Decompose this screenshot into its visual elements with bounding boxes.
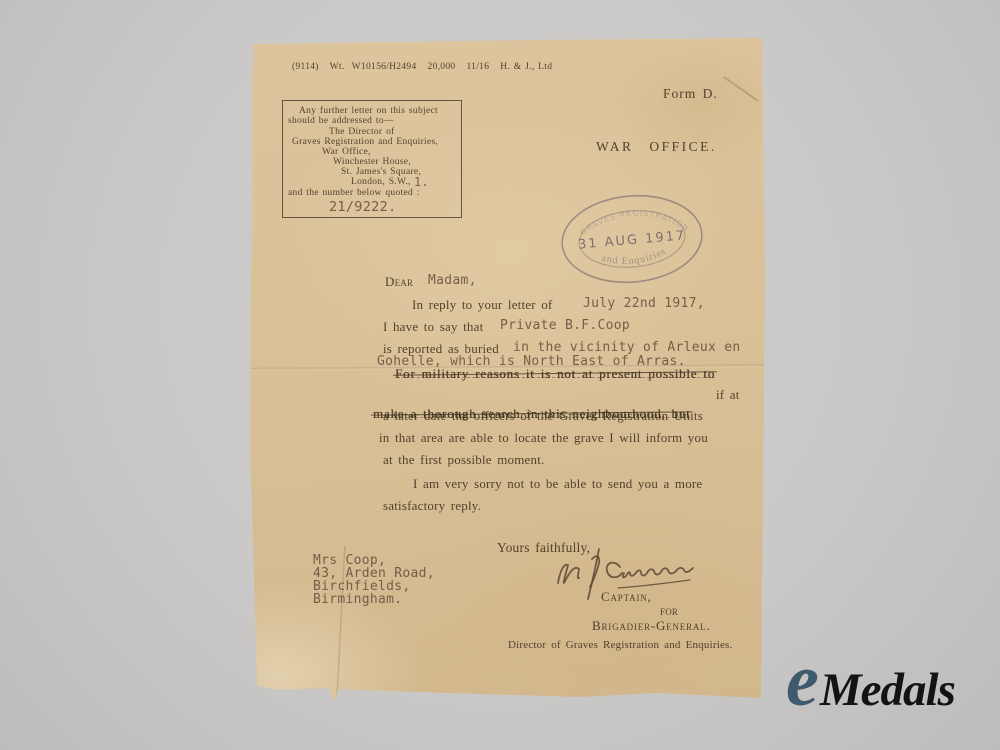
letter-document: (9114) Wt. W10156/H2494 20,000 11/16 H. … bbox=[238, 38, 765, 702]
body-line-printed: In reply to your letter of bbox=[412, 297, 552, 313]
salutation-typed: Madam, bbox=[428, 273, 477, 288]
body-line-printed: I am very sorry not to be able to send y… bbox=[413, 476, 702, 492]
for-text: for bbox=[660, 604, 678, 619]
address-box-line: London, S.W., bbox=[351, 177, 411, 187]
salutation-printed: Dear bbox=[385, 274, 413, 290]
address-box-line: Graves Registration and Enquiries, bbox=[292, 137, 438, 147]
signer-rank: Captain, bbox=[601, 589, 652, 605]
paper-edge-shading bbox=[238, 38, 244, 702]
address-box-line: St. James's Square, bbox=[341, 167, 421, 177]
typed-district-number: 1. bbox=[414, 175, 429, 189]
corner-crease bbox=[723, 76, 759, 102]
address-box-line: should be addressed to— bbox=[288, 116, 394, 126]
body-line-printed: satisfactory reply. bbox=[383, 498, 481, 514]
struck-appointment: D.A.A.G. bbox=[917, 624, 972, 638]
body-line-printed: a later date the officers of the Graves … bbox=[383, 408, 703, 424]
recipient-address-line: Birmingham. bbox=[313, 592, 402, 607]
emedals-logo-e: e bbox=[786, 655, 819, 708]
oval-date-stamp: GRAVES REGISTRATION 31 AUG 1917 and Enqu… bbox=[546, 178, 719, 300]
body-line-struck: For military reasons it is not at presen… bbox=[395, 366, 715, 381]
address-box-line: Any further letter on this subject bbox=[299, 106, 438, 116]
emedals-logo-text: Medals bbox=[820, 663, 955, 717]
address-box-line: and the number below quoted : bbox=[288, 188, 420, 198]
body-line-printed: at the first possible moment. bbox=[383, 452, 544, 468]
emedals-watermark: e Medals bbox=[786, 655, 955, 717]
director-title: Director of Graves Registration and Enqu… bbox=[508, 639, 732, 651]
address-box-line: War Office, bbox=[322, 147, 371, 157]
war-office-heading: WAR OFFICE. bbox=[596, 139, 717, 155]
return-address-box: Any further letter on this subject shoul… bbox=[282, 100, 462, 218]
printers-imprint: (9114) Wt. W10156/H2494 20,000 11/16 H. … bbox=[292, 62, 552, 72]
address-box-line: Winchester House, bbox=[333, 157, 411, 167]
body-line-printed: I have to say that bbox=[383, 319, 483, 335]
body-line-typed: in the vicinity of Arleux en bbox=[513, 340, 741, 355]
body-line-printed: if at bbox=[716, 387, 740, 403]
stamp-date: 31 AUG 1917 bbox=[577, 228, 686, 252]
on-behalf-of: Brigadier-General. bbox=[592, 618, 711, 634]
reference-number: 21/9222. bbox=[329, 199, 396, 215]
body-line-typed: Private B.F.Coop bbox=[500, 318, 630, 333]
body-line-printed: in that area are able to locate the grav… bbox=[379, 430, 708, 446]
body-line-typed: July 22nd 1917, bbox=[583, 296, 705, 311]
address-box-line: The Director of bbox=[329, 127, 395, 137]
photo-background: (9114) Wt. W10156/H2494 20,000 11/16 H. … bbox=[0, 0, 1000, 750]
form-label: Form D. bbox=[663, 86, 718, 102]
